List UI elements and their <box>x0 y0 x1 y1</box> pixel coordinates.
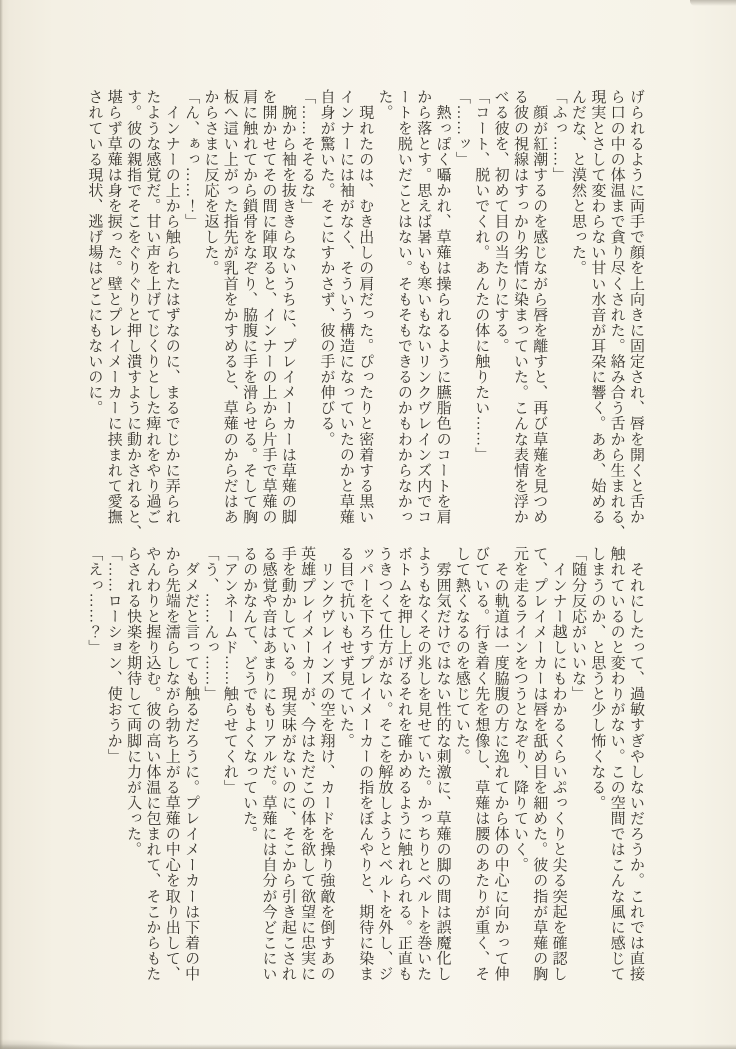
scan-edge-left <box>0 0 3 1049</box>
text-line: ボトムを押し上げるそれを確かめるように触れられる。正直も <box>394 546 413 986</box>
text-line: 「アンネームド……触らせてくれ」 <box>219 546 238 986</box>
text-line: た。 <box>374 89 393 529</box>
text-line: 「随分反応がいいな」 <box>568 546 587 986</box>
text-line: 堪らず草薙は身を捩った。壁とプレイメーカーに挟まれて愛撫 <box>103 89 122 529</box>
text-line: ートを脱いだことはない。そもそもできるのかもわからなかっ <box>394 89 413 529</box>
text-line: らされる快楽を期待して両脚に力が入った。 <box>123 546 142 986</box>
text-line: インナーには袖がなく、そういう構造になっていたのかと草薙 <box>336 89 355 529</box>
text-line: 「う、……んっ……」 <box>200 546 219 986</box>
text-line: 「コート、脱いでくれ。あんたの体に触りたい……」 <box>471 89 490 529</box>
text-line: る目で抗いもせず見ていた。 <box>336 546 355 986</box>
text-line: 元を走るラインをつうとなぞり、降りていく。 <box>510 546 529 986</box>
text-line: ッパーを下ろすプレイメーカーの指をぼんやりと、期待に染ま <box>355 546 374 986</box>
text-line: るのかなんて、どうでもよくなっていた。 <box>239 546 258 986</box>
text-line: から先端を濡らしながら勃ち上がる草薙の中心を取り出して、 <box>161 546 180 986</box>
text-line: 現れたのは、むき出しの肩だった。ぴったりと密着する黒い <box>355 89 374 529</box>
text-line: す。彼の親指でそこをぐりぐりと押し潰すように動かされると、 <box>123 89 142 529</box>
text-line: 肩に触れてから鎖骨をなぞり、脇腹に手を滑らせる。そして胸 <box>239 89 258 529</box>
text-line: たような感覚だ。甘い声を上げてじくりとした痺れをやり過ご <box>142 89 161 529</box>
text-block-bottom: それにしたって、過敏すぎやしないだろうか。これでは直接触れているのと変わりがない… <box>84 546 645 986</box>
text-line: ら口の中の体温まで貪り尽くされた。絡み合う舌から生まれる、 <box>606 89 625 529</box>
text-line: 触れているのと変わりがない。この空間ではこんな風に感じて <box>606 546 625 986</box>
text-line: しまうのか、と思うと少し怖くなる。 <box>587 546 606 986</box>
text-line: から落とす。思えば暑いも寒いもないリンクヴレインズ内でコ <box>413 89 432 529</box>
text-line: 現実とさして変わらない甘い水音が耳朶に響く。ああ、始める <box>587 89 606 529</box>
text-line: 「ふっ……」 <box>548 89 567 529</box>
text-line: 「ん、ぁっ……！」 <box>181 89 200 529</box>
text-line: うきつくて仕方がない。そこを解放しようとベルトを外し、ジ <box>374 546 393 986</box>
scan-smudge-top-right <box>690 0 736 6</box>
text-line: びている。行き着く先を想像し、草薙は腰のあたりが重く、そ <box>471 546 490 986</box>
text-line: して熱くなるのを感じていた。 <box>452 546 471 986</box>
text-line: て、プレイメーカーは唇を舐め目を細めた。彼の指が草薙の胸 <box>529 546 548 986</box>
text-line: それにしたって、過敏すぎやしないだろうか。これでは直接 <box>626 546 645 986</box>
text-line: る感覚や音はあまりにもリアルだ。草薙には自分が今どこにい <box>258 546 277 986</box>
text-line: る彼の視線はすっかり劣情に染まっていた。こんな表情を浮か <box>510 89 529 529</box>
scan-smudge-bottom-left <box>0 1039 90 1049</box>
text-line: べる彼を、初めて目の当たりにする。 <box>490 89 509 529</box>
text-line: 板へ這い上がった指先が乳首をかすめると、草薙のからだはあ <box>219 89 238 529</box>
text-line: からさまに反応を返した。 <box>200 89 219 529</box>
text-line: ようもなくその兆しを見せていた。かっちりとベルトを巻いた <box>413 546 432 986</box>
scan-edge-bottom <box>0 1044 736 1049</box>
text-line: インナーの上から触られたはずなのに、まるでじかに弄られ <box>161 89 180 529</box>
text-line: 腕から袖を抜ききらないうちに、プレイメーカーは草薙の脚 <box>277 89 296 529</box>
text-line: その軌道は一度脇腹の方に逸れてから体の中心に向かって伸 <box>490 546 509 986</box>
text-block-top: げられるように両手で顔を上向きに固定され、唇を開くと舌から口の中の体温まで貪り尽… <box>84 89 645 529</box>
text-line: を開かせてその間に陣取ると、インナーの上から片手で草薙の <box>258 89 277 529</box>
text-line: やんわりと握り込む。彼の高い体温に包まれて、そこからもた <box>142 546 161 986</box>
text-line: 「……そそるな」 <box>297 89 316 529</box>
text-line: 自身が驚いた。そこにすかさず、彼の手が伸びる。 <box>316 89 335 529</box>
text-line: 熱っぽく囁かれ、草薙は操られるように臙脂色のコートを肩 <box>432 89 451 529</box>
text-line: インナー越しにもわかるくらいぷっくりと尖る突起を確認し <box>548 546 567 986</box>
text-line: 「……ローション、使おうか」 <box>103 546 122 986</box>
text-line: 雰囲気だけではない性的な刺激に、草薙の脚の間は誤魔化し <box>432 546 451 986</box>
text-line: リンクヴレインズの空を翔け、カードを操り強敵を倒すあの <box>316 546 335 986</box>
text-line: んだな、と漠然と思った。 <box>568 89 587 529</box>
text-line: されている現状、逃げ場はどこにもないのに。 <box>84 89 103 529</box>
scanned-page: げられるように両手で顔を上向きに固定され、唇を開くと舌から口の中の体温まで貪り尽… <box>0 0 736 1049</box>
text-line: 顔が紅潮するのを感じながら唇を離すと、再び草薙を見つめ <box>529 89 548 529</box>
text-line: 「えっ……？」 <box>84 546 103 986</box>
text-line: 英雄プレイメーカーが、今はただこの体を欲して欲望に忠実に <box>297 546 316 986</box>
text-line: ダメだと言っても触るだろうに。プレイメーカーは下着の中 <box>181 546 200 986</box>
text-line: げられるように両手で顔を上向きに固定され、唇を開くと舌か <box>626 89 645 529</box>
text-line: 「……ッ」 <box>452 89 471 529</box>
text-line: 手を動かしている。現実味がないのに、そこから引き起こされ <box>277 546 296 986</box>
